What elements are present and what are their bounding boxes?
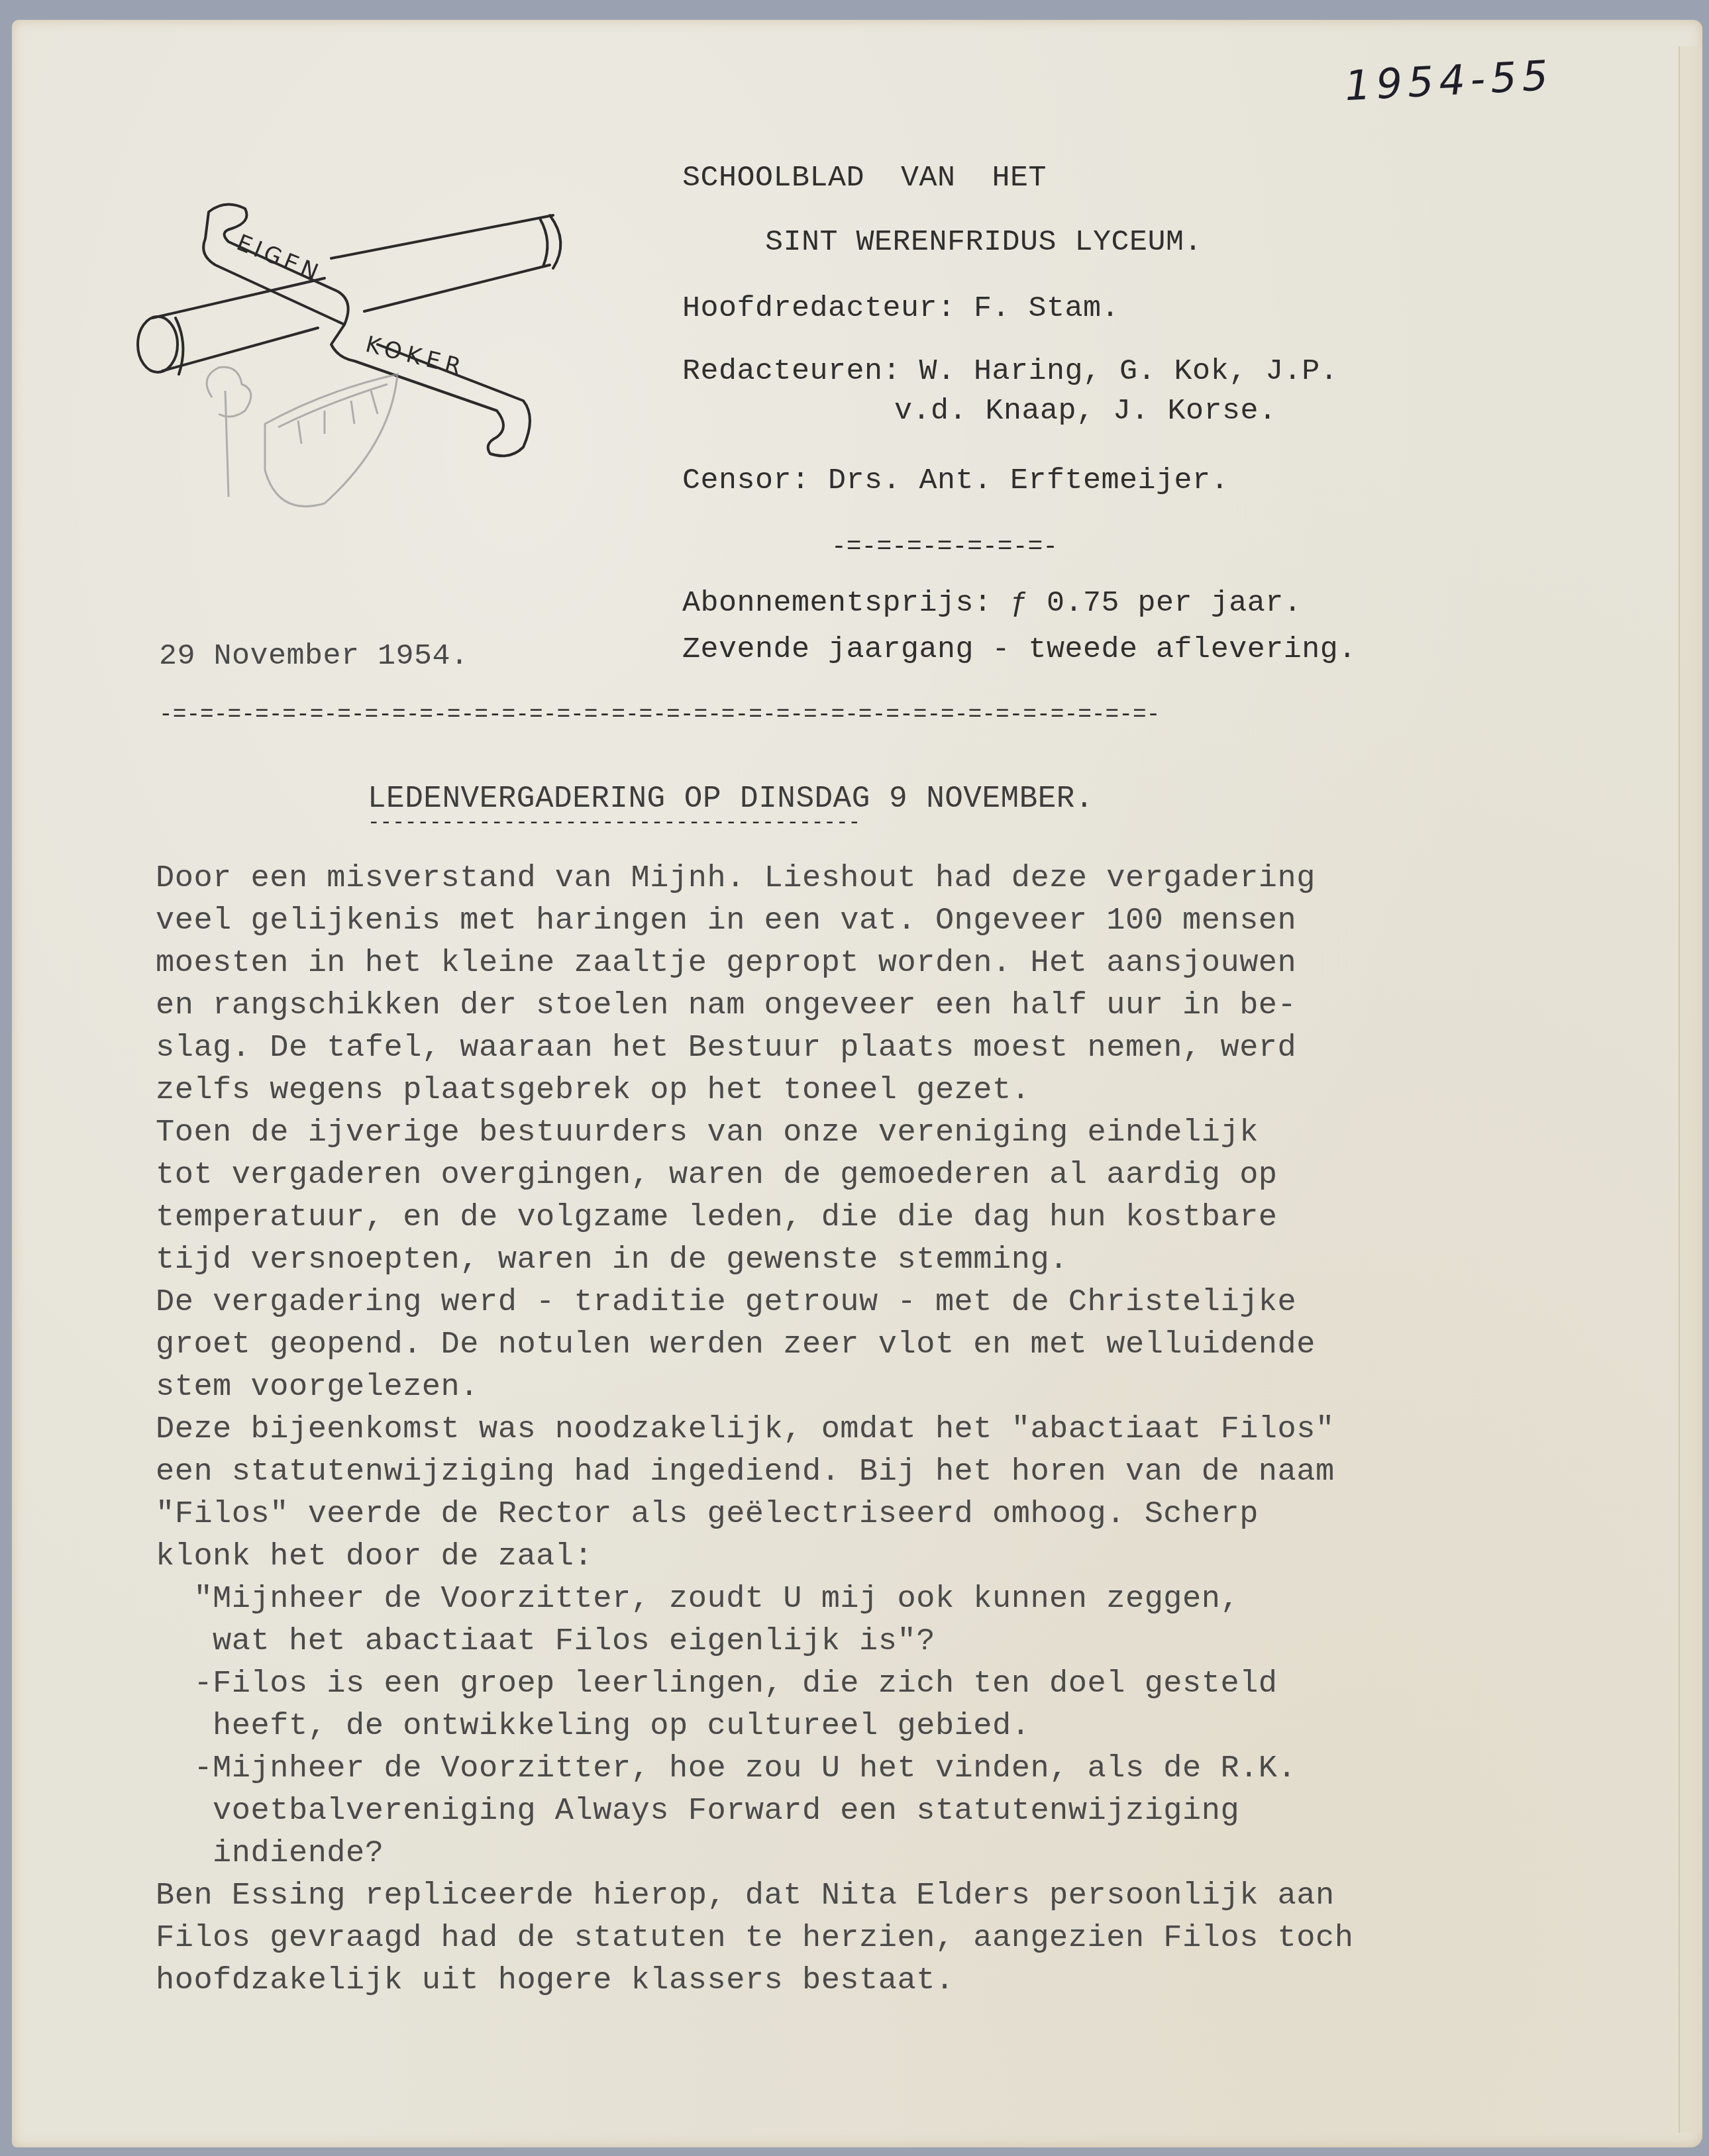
body-line: voetbalvereniging Always Forward een sta…: [156, 1794, 1239, 1829]
title-underline: ----------------------------------------: [368, 811, 860, 835]
body-line: Filos gevraagd had de statuten te herzie…: [156, 1921, 1353, 1956]
body-line: wat het abactiaat Filos eigenlijk is"?: [156, 1624, 935, 1659]
editor-in-chief: Hoofdredacteur: F. Stam.: [682, 291, 1119, 325]
body-line: tot vergaderen overgingen, waren de gemo…: [156, 1158, 1278, 1193]
editors-line-1: Redacteuren: W. Haring, G. Kok, J.P.: [682, 354, 1338, 388]
body-line: Deze bijeenkomst was noodzakelijk, omdat…: [156, 1412, 1335, 1447]
body-line: klonk het door de zaal:: [156, 1539, 593, 1574]
body-line: indiende?: [156, 1836, 384, 1871]
logo-text-koker: KOKER: [363, 331, 469, 382]
body-line: Toen de ijverige bestuurders van onze ve…: [156, 1115, 1259, 1151]
body-line: -Mijnheer de Voorzitter, hoe zou U het v…: [156, 1751, 1296, 1786]
body-line: slag. De tafel, waaraan het Bestuur plaa…: [156, 1031, 1296, 1066]
body-line: tijd versnoepten, waren in de gewenste s…: [156, 1243, 1068, 1278]
body-line: stem voorgelezen.: [156, 1370, 479, 1405]
body-line: en rangschikken der stoelen nam ongeveer…: [156, 988, 1296, 1023]
body-line: heeft, de ontwikkeling op cultureel gebi…: [156, 1709, 1030, 1744]
body-line: "Filos" veerde de Rector als geëlectrise…: [156, 1497, 1259, 1532]
body-line: zelfs wegens plaatsgebrek op het toneel …: [156, 1073, 1030, 1108]
body-line: hoofdzakelijk uit hogere klassers bestaa…: [156, 1963, 955, 1998]
masthead-school-name: SINT WERENFRIDUS LYCEUM.: [765, 225, 1202, 259]
subscription-price: Abonnementsprijs: ƒ 0.75 per jaar.: [682, 586, 1302, 620]
body-line: -Filos is een groep leerlingen, die zich…: [156, 1667, 1278, 1702]
body-line: een statutenwijziging had ingediend. Bij…: [156, 1455, 1335, 1490]
body-line: Door een misverstand van Mijnh. Lieshout…: [156, 861, 1316, 896]
body-line: groet geopend. De notulen werden zeer vl…: [156, 1327, 1316, 1362]
editors-line-2: v.d. Knaap, J. Korse.: [894, 394, 1277, 428]
body-line: Ben Essing repliceerde hierop, dat Nita …: [156, 1878, 1335, 1914]
body-line: temperatuur, en de volgzame leden, die d…: [156, 1200, 1278, 1235]
body-line: moesten in het kleine zaaltje gepropt wo…: [156, 946, 1296, 981]
page-edge: [1679, 46, 1702, 2133]
censor: Censor: Drs. Ant. Erftemeijer.: [682, 464, 1229, 497]
header-separator: -=-=-=-=-=-=-=-=-=-=-=-=-=-=-=-=-=-=-=-=…: [159, 702, 1160, 728]
body-line: De vergadering werd - traditie getrouw -…: [156, 1285, 1296, 1320]
volume-issue: Zevende jaargang - tweede aflevering.: [682, 633, 1357, 666]
small-divider: -=-=-=-=-=-=-=-: [831, 533, 1058, 562]
issue-date: 29 November 1954.: [159, 639, 469, 673]
eigen-koker-logo-icon: EIGEN KOKER: [126, 192, 590, 523]
body-line: veel gelijkenis met haringen in een vat.…: [156, 903, 1296, 939]
body-line: "Mijnheer de Voorzitter, zoudt U mij ook…: [156, 1582, 1239, 1617]
masthead-line-1: SCHOOLBLAD VAN HET: [682, 161, 1047, 195]
